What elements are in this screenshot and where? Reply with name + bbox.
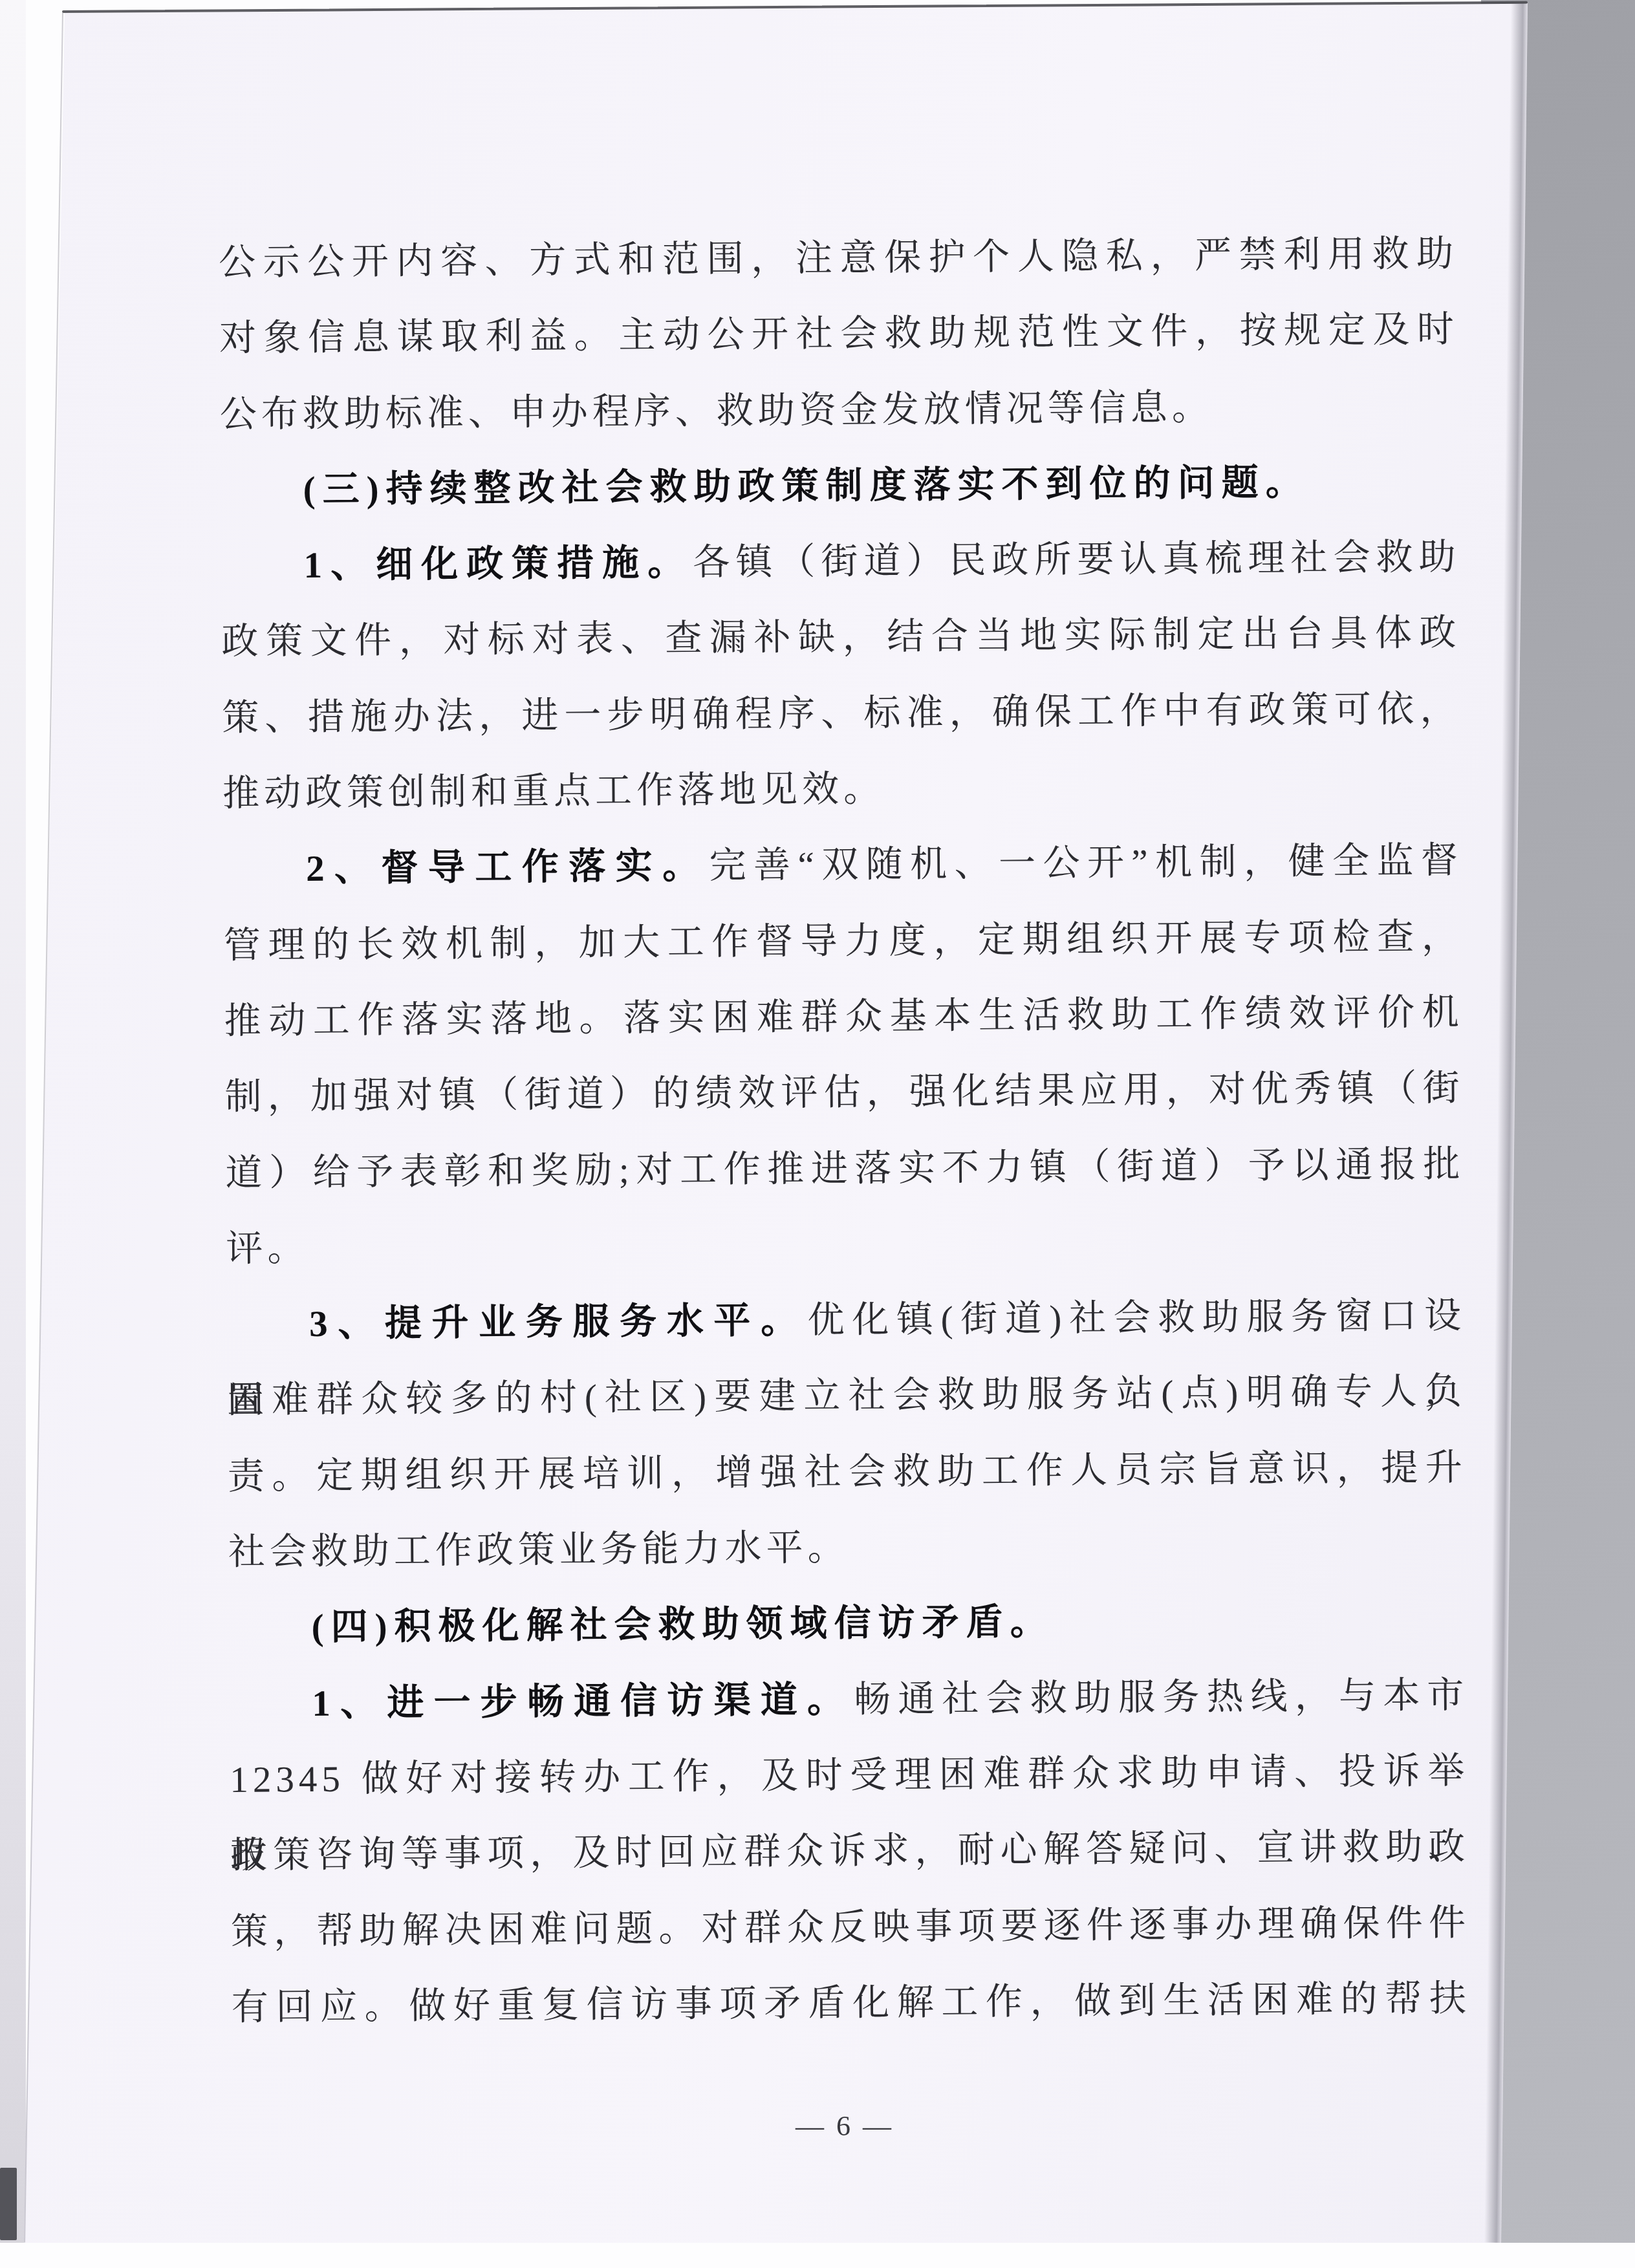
line-text: 公布救助标准、申办程序、救助资金发放情况等信息。: [220, 387, 1213, 435]
line-bold-text: (三)持续整改社会救助政策制度落实不到位的问题。: [303, 462, 1309, 510]
text-line: 困难群众较多的村(社区)要建立社会救助服务站(点)明确专人负: [227, 1354, 1467, 1438]
text-line: 推动政策创制和重点工作落地见效。: [222, 747, 1462, 832]
document-text-block: 公示公开内容、方式和范围，注意保护个人隐私，严禁利用救助对象信息谋取利益。主动公…: [219, 216, 1471, 2046]
text-line: 制，加强对镇（街道）的绩效评估，强化结果应用，对优秀镇（街: [224, 1050, 1464, 1135]
line-bold-text: (四)积极化解社会救助领域信访矛盾。: [311, 1602, 1054, 1648]
text-line: 公示公开内容、方式和范围，注意保护个人隐私，严禁利用救助: [219, 216, 1458, 301]
text-line: 1、进一步畅通信访渠道。畅通社会救助服务热线，与本市: [229, 1658, 1469, 1742]
text-line: 12345 做好对接转办工作，及时受理困难群众求助申请、投诉举报、: [230, 1733, 1469, 1818]
line-text: 困难群众较多的村(社区)要建立社会救助服务站(点)明确专人负: [227, 1371, 1466, 1421]
text-line: 公布救助标准、申办程序、救助资金发放情况等信息。: [219, 368, 1459, 453]
text-line: 策，帮助解决困难问题。对群众反映事项要逐件逐事办理确保件件: [231, 1885, 1471, 1969]
line-text: 畅通社会救助服务热线，与本市: [854, 1675, 1469, 1720]
text-line: 政策咨询等事项，及时回应群众诉求，耐心解答疑问、宣讲救助政: [230, 1809, 1470, 1894]
line-text: 完善“双随机、一公开”机制，健全监督: [709, 840, 1462, 887]
scanner-shadow-mark: [0, 2168, 17, 2240]
line-text: 有回应。做好重复信访事项矛盾化解工作，做到生活困难的帮扶: [232, 1978, 1471, 2028]
line-text: 评。: [226, 1228, 309, 1269]
text-line: 推动工作落实落地。落实困难群众基本生活救助工作绩效评价机: [224, 975, 1464, 1059]
text-line: 策、措施办法，进一步明确程序、标准，确保工作中有政策可依，: [222, 671, 1462, 756]
line-bold-text: 3、提升业务服务水平。: [309, 1301, 808, 1345]
text-line: 政策文件，对标对表、查漏补缺，结合当地实际制定出台具体政: [221, 595, 1461, 680]
line-text: 推动工作落实落地。落实困难群众基本生活救助工作绩效评价机: [224, 992, 1464, 1042]
line-bold-text: 1、进一步畅通信访渠道。: [312, 1679, 854, 1724]
text-line: 1、细化政策措施。各镇（街道）民政所要认真梳理社会救助: [221, 519, 1460, 604]
line-text: 制，加强对镇（街道）的绩效评估，强化结果应用，对优秀镇（街: [224, 1068, 1464, 1118]
line-text: 道）给予表彰和奖励;对工作推进落实不力镇（街道）予以通报批: [225, 1144, 1464, 1194]
line-text: 政策文件，对标对表、查漏补缺，结合当地实际制定出台具体政: [221, 612, 1460, 662]
line-text: 社会救助工作政策业务能力水平。: [228, 1528, 849, 1573]
text-line: 2、督导工作落实。完善“双随机、一公开”机制，健全监督: [223, 823, 1463, 907]
scanned-document: 公示公开内容、方式和范围，注意保护个人隐私，严禁利用救助对象信息谋取利益。主动公…: [0, 0, 1635, 2268]
line-bold-text: 1、细化政策措施。: [303, 543, 693, 586]
text-line: 评。: [226, 1202, 1466, 1287]
line-text: 策、措施办法，进一步明确程序、标准，确保工作中有政策可依，: [222, 689, 1461, 739]
text-line: (三)持续整改社会救助政策制度落实不到位的问题。: [220, 444, 1460, 528]
text-line: 3、提升业务服务水平。优化镇(街道)社会救助服务窗口设置，: [226, 1278, 1466, 1363]
line-text: 政策咨询等事项，及时回应群众诉求，耐心解答疑问、宣讲救助政: [230, 1826, 1469, 1876]
left-edge-strip: [0, 0, 26, 2243]
text-line: 责。定期组织开展培训，增强社会救助工作人员宗旨意识，提升: [227, 1430, 1467, 1515]
text-line: (四)积极化解社会救助领域信访矛盾。: [228, 1581, 1468, 1666]
line-bold-text: 2、督导工作落实。: [306, 846, 709, 890]
text-line: 对象信息谋取利益。主动公开社会救助规范性文件，按规定及时: [219, 292, 1459, 376]
line-text: 对象信息谋取利益。主动公开社会救助规范性文件，按规定及时: [219, 309, 1458, 359]
text-line: 有回应。做好重复信访事项矛盾化解工作，做到生活困难的帮扶: [231, 1961, 1471, 2046]
page-number: — 6 —: [225, 2110, 1464, 2143]
line-text: 推动政策创制和重点工作落地见效。: [222, 769, 885, 815]
line-text: 各镇（街道）民政所要认真梳理社会救助: [693, 537, 1460, 583]
text-line: 管理的长效机制，加大工作督导力度，定期组织开展专项检查，: [223, 899, 1463, 984]
line-text: 责。定期组织开展培训，增强社会救助工作人员宗旨意识，提升: [228, 1447, 1467, 1497]
line-text: 公示公开内容、方式和范围，注意保护个人隐私，严禁利用救助: [219, 233, 1458, 283]
line-text: 管理的长效机制，加大工作督导力度，定期组织开展专项检查，: [224, 916, 1463, 966]
text-line: 道）给予表彰和奖励;对工作推进落实不力镇（街道）予以通报批: [225, 1127, 1465, 1211]
text-line: 社会救助工作政策业务能力水平。: [228, 1506, 1467, 1590]
line-text: 策，帮助解决困难问题。对群众反映事项要逐件逐事办理确保件件: [231, 1902, 1470, 1952]
